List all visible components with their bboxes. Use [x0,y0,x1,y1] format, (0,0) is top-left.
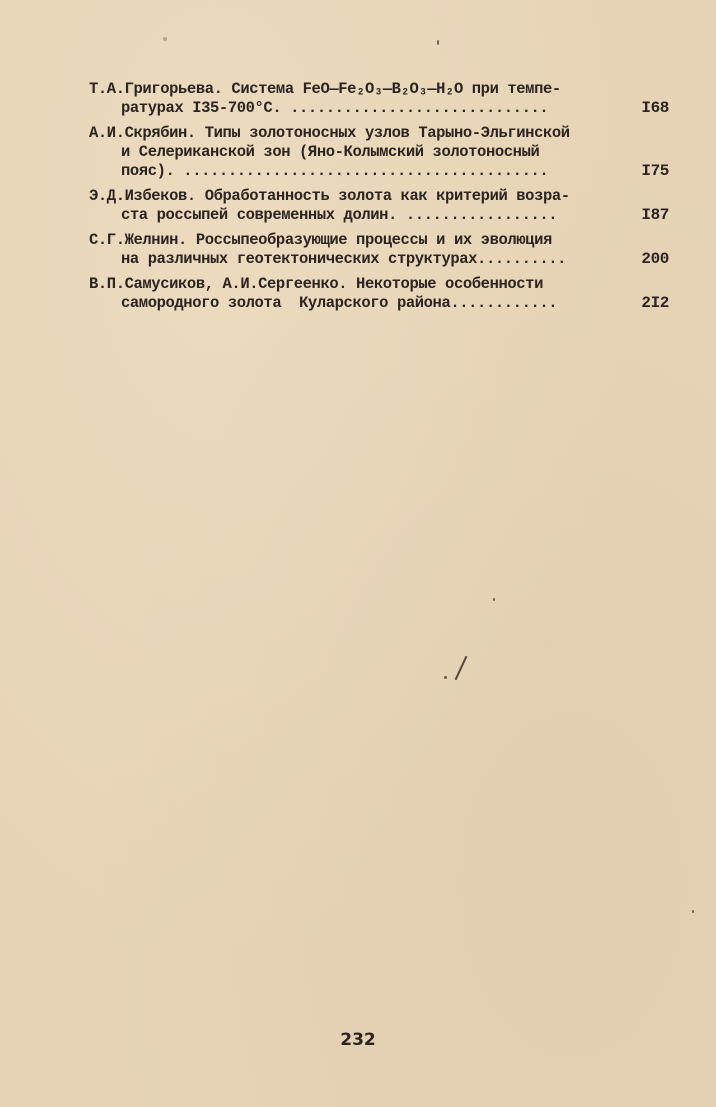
toc-entry: Т.А.Григорьева. Система FeO—Fe₂O₃—B₂O₃—H… [89,80,669,118]
paper-speck [437,40,439,45]
entry-line: С.Г.Желнин. Россыпеобразующие процессы и… [89,231,669,250]
entry-page-number: 2I2 [641,294,669,313]
entry-page-number: I87 [641,206,669,225]
entry-line: пояс). .................................… [89,162,669,181]
entry-line: на различных геотектонических структурах… [89,250,669,269]
entry-page-number: 200 [641,250,669,269]
toc-entry: Э.Д.Избеков. Обработанность золота как к… [89,187,669,225]
paper-speck [163,37,167,41]
entry-line: Э.Д.Избеков. Обработанность золота как к… [89,187,669,206]
paper-speck [692,910,694,913]
paper-scratch-mark [455,656,468,680]
page-number: 232 [0,1030,716,1050]
entry-page-number: I75 [641,162,669,181]
entry-page-number: I68 [641,99,669,118]
entry-line: и Селериканской зон (Яно-Колымский золот… [89,143,669,162]
entry-line: А.И.Скрябин. Типы золотоносных узлов Тар… [89,124,669,143]
scanned-page: Т.А.Григорьева. Система FeO—Fe₂O₃—B₂O₃—H… [0,0,716,1107]
entry-line: В.П.Самусиков, А.И.Сергеенко. Некоторые … [89,275,669,294]
entry-line: самородного золота Куларского района....… [89,294,669,313]
toc-entry: С.Г.Желнин. Россыпеобразующие процессы и… [89,231,669,269]
paper-speck [444,676,447,679]
entry-line: ста россыпей современных долин. ........… [89,206,669,225]
toc-entry: А.И.Скрябин. Типы золотоносных узлов Тар… [89,124,669,181]
entry-line: Т.А.Григорьева. Система FeO—Fe₂O₃—B₂O₃—H… [89,80,669,99]
paper-speck [493,598,495,601]
table-of-contents: Т.А.Григорьева. Система FeO—Fe₂O₃—B₂O₃—H… [89,80,669,319]
toc-entry: В.П.Самусиков, А.И.Сергеенко. Некоторые … [89,275,669,313]
entry-line: ратурах I35-700°С. .....................… [89,99,669,118]
